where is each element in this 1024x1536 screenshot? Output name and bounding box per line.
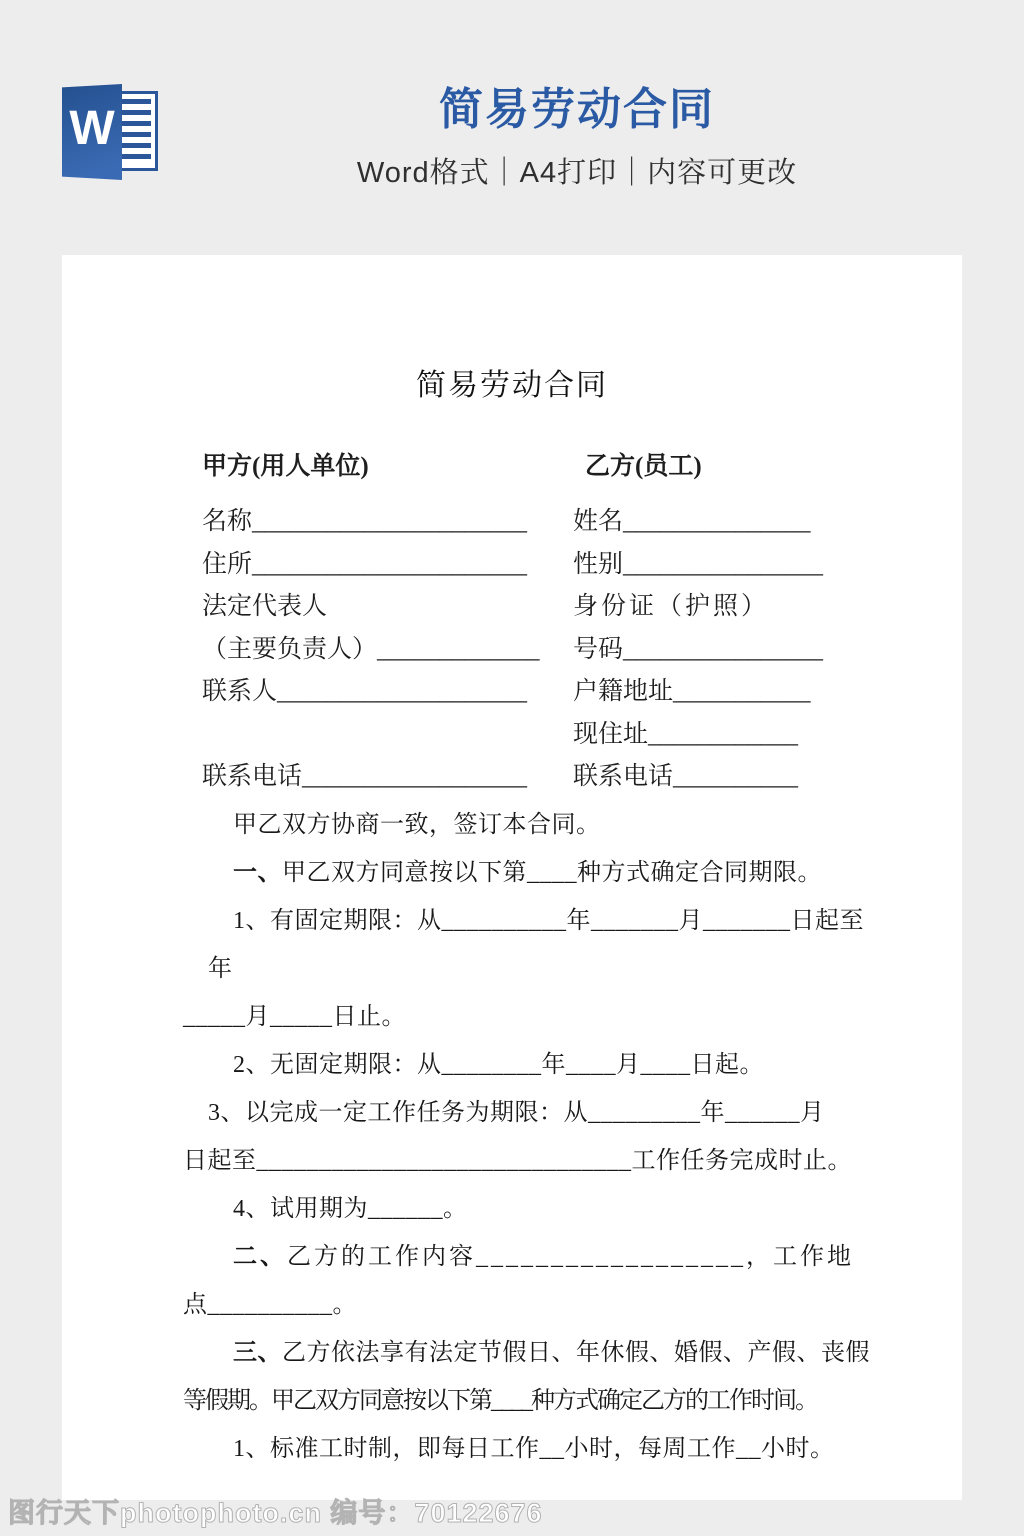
field-row: （主要负责人）_____________号码________________	[202, 629, 850, 672]
party-b-field: 现住址____________	[573, 714, 850, 757]
clause-line: 4、试用期为______。	[183, 1185, 852, 1233]
clause-line: 点__________。	[183, 1281, 852, 1329]
clause-line: 2、无固定期限：从________年____月____日起。	[183, 1041, 852, 1089]
clause-line: 日起至______________________________工作任务完成时…	[183, 1137, 852, 1185]
clause-line: 等假期。甲乙双方同意按以下第____种方式确定乙方的工作时间。	[183, 1377, 852, 1425]
party-b-field: 性别________________	[573, 544, 850, 587]
contract-clauses: 甲乙双方协商一致，签订本合同。一、甲乙双方同意按以下第____种方式确定合同期限…	[183, 801, 852, 1473]
clause-number-bold: 三、	[233, 1340, 282, 1366]
page-header: W 简易劳动合同 Word格式｜A4打印｜内容可更改	[0, 0, 1024, 255]
field-row: 法定代表人身份证（护照）	[202, 586, 850, 629]
party-b-field: 联系电话__________	[573, 756, 850, 799]
party-b-field: 身份证（护照）	[573, 586, 850, 629]
clause-line: 一、甲乙双方同意按以下第____种方式确定合同期限。	[183, 849, 852, 897]
party-a-heading: 甲方(用人单位)	[202, 453, 573, 481]
clause-number-bold: 二、	[233, 1244, 287, 1270]
field-row: 联系电话__________________联系电话__________	[202, 756, 850, 799]
clause-line: 三、乙方依法享有法定节假日、年休假、婚假、产假、丧假	[183, 1329, 852, 1377]
page-subtitle: Word格式｜A4打印｜内容可更改	[130, 150, 1024, 191]
field-row: 联系人____________________户籍地址___________	[202, 671, 850, 714]
party-b-field: 户籍地址___________	[573, 671, 850, 714]
party-a-field: 联系电话__________________	[202, 756, 573, 799]
header-text-block: 简易劳动合同 Word格式｜A4打印｜内容可更改	[130, 86, 1024, 191]
clause-line: 甲乙双方协商一致，签订本合同。	[183, 801, 852, 849]
template-preview-page: W 简易劳动合同 Word格式｜A4打印｜内容可更改 简易劳动合同 甲方(用人单…	[0, 0, 1024, 1536]
page-title: 简易劳动合同	[130, 86, 1024, 134]
party-a-field: 住所______________________	[202, 544, 573, 587]
watermark-bar: 图行天下photophoto.cn 编号：70122676	[0, 1492, 1024, 1536]
party-b-heading: 乙方(员工)	[573, 453, 850, 481]
party-b-field: 姓名_______________	[573, 501, 850, 544]
clause-line: 3、以完成一定工作任务为期限：从_________年______月	[183, 1089, 852, 1137]
field-row: 住所______________________性别______________…	[202, 544, 850, 587]
party-a-field	[202, 714, 573, 757]
clause-line: _____月_____日止。	[183, 993, 852, 1041]
party-a-field: （主要负责人）_____________	[202, 629, 573, 672]
word-icon-blue-cover: W	[62, 84, 122, 180]
party-a-field: 联系人____________________	[202, 671, 573, 714]
watermark-text: 图行天下photophoto.cn 编号：70122676	[8, 1491, 543, 1530]
party-headings: 甲方(用人单位) 乙方(员工)	[202, 453, 850, 481]
clause-line: 1、标准工时制，即每日工作__小时，每周工作__小时。	[183, 1425, 852, 1473]
clause-number-bold: 一、	[233, 860, 282, 886]
party-field-rows: 名称______________________姓名______________…	[202, 501, 850, 799]
clause-line: 二、乙方的工作内容__________________，工作地	[183, 1233, 852, 1281]
party-a-field: 法定代表人	[202, 586, 573, 629]
word-icon-letter: W	[69, 105, 114, 159]
document-title: 简易劳动合同	[62, 360, 962, 404]
party-b-field: 号码________________	[573, 629, 850, 672]
parties-section: 甲方(用人单位) 乙方(员工) 名称______________________…	[202, 453, 850, 799]
clause-line: 年	[183, 945, 852, 993]
field-row: 现住址____________	[202, 714, 850, 757]
clause-line: 1、有固定期限：从__________年_______月_______日起至	[183, 897, 852, 945]
party-a-field: 名称______________________	[202, 501, 573, 544]
field-row: 名称______________________姓名______________…	[202, 501, 850, 544]
document-page: 简易劳动合同 甲方(用人单位) 乙方(员工) 名称_______________…	[62, 255, 962, 1500]
